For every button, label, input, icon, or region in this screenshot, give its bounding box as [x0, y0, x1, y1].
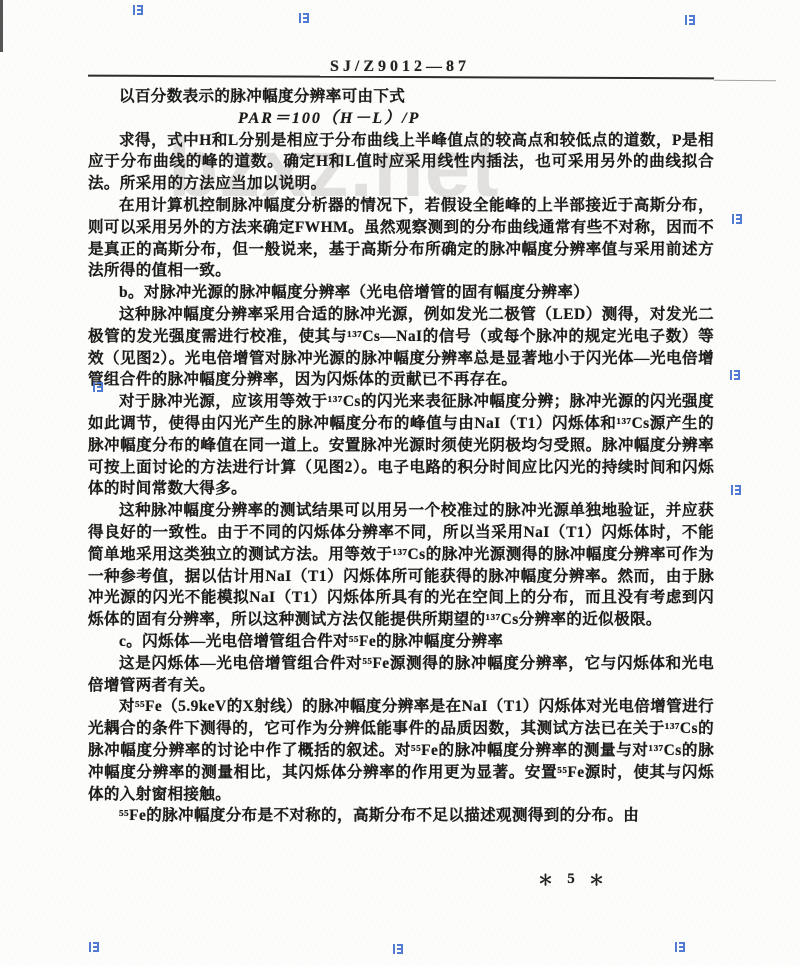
- section-heading: b。对脉冲光源的脉冲幅度分辨率（光电倍增管的固有幅度分辨率）: [88, 282, 714, 304]
- blue-stamp-icon: [392, 943, 404, 955]
- blue-stamp-icon: [674, 941, 686, 953]
- header-rule-extension: [714, 80, 776, 81]
- paragraph: 以百分数表示的脉冲幅度分辨率可由下式: [88, 86, 714, 108]
- page-footer: ＊ 5 ＊: [538, 869, 604, 890]
- paragraph: 对于脉冲光源，应该用等效于¹³⁷Cs的闪光来表征脉冲幅度分辨；脉冲光源的闪光强度…: [88, 391, 714, 500]
- scan-edge-artifact: [0, 0, 3, 52]
- paragraph: 这种脉冲幅度分辨率的测试结果可以用另一个校准过的脉冲光源单独地验证，并应获得良好…: [88, 500, 714, 631]
- footer-star-right: ＊: [589, 869, 604, 890]
- scanned-document-page: SJ/Z9012—87 bzxz.net 以百分数表示的脉冲幅度分辨率可由下式P…: [0, 0, 800, 965]
- document-body: 以百分数表示的脉冲幅度分辨率可由下式PAR＝100（H－L）/P求得，式中H和L…: [88, 86, 714, 827]
- paragraph: 在用计算机控制脉冲幅度分析器的情况下，若假设全能峰的上半部接近于高斯分布，则可以…: [88, 195, 714, 282]
- blue-stamp-icon: [729, 369, 741, 381]
- paragraph: 这是闪烁体—光电倍增管组合件对⁵⁵Fe源测得的脉冲幅度分辨率，它与闪烁体和光电倍…: [88, 653, 714, 697]
- header: SJ/Z9012—87: [0, 58, 800, 76]
- blue-stamp-icon: [730, 484, 742, 496]
- blue-stamp-icon: [298, 12, 310, 24]
- standard-number: SJ/Z9012—87: [320, 58, 480, 76]
- blue-stamp-icon: [88, 941, 100, 953]
- formula-line: PAR＝100（H－L）/P: [238, 108, 714, 130]
- blue-stamp-icon: [731, 213, 743, 225]
- paragraph: 对⁵⁵Fe（5.9keV的X射线）的脉冲幅度分辨率是在NaI（T1）闪烁体对光电…: [88, 696, 714, 805]
- blue-stamp-icon: [132, 4, 144, 16]
- blue-stamp-icon: [684, 14, 696, 26]
- blue-stamp-icon: [92, 381, 104, 393]
- footer-page-number: 5: [567, 871, 575, 888]
- footer-star-left: ＊: [538, 869, 553, 890]
- paragraph: ⁵⁵Fe的脉冲幅度分布是不对称的，高斯分布不足以描述观测得到的分布。由: [88, 805, 714, 827]
- paragraph: 求得，式中H和L分别是相应于分布曲线上半峰值点的较高点和较低点的道数，P是相应于…: [88, 130, 714, 195]
- section-heading: c。闪烁体—光电倍增管组合件对⁵⁵Fe的脉冲幅度分辨率: [88, 631, 714, 653]
- paragraph: 这种脉冲幅度分辨率采用合适的脉冲光源，例如发光二极管（LED）测得，对发光二极管…: [88, 304, 714, 391]
